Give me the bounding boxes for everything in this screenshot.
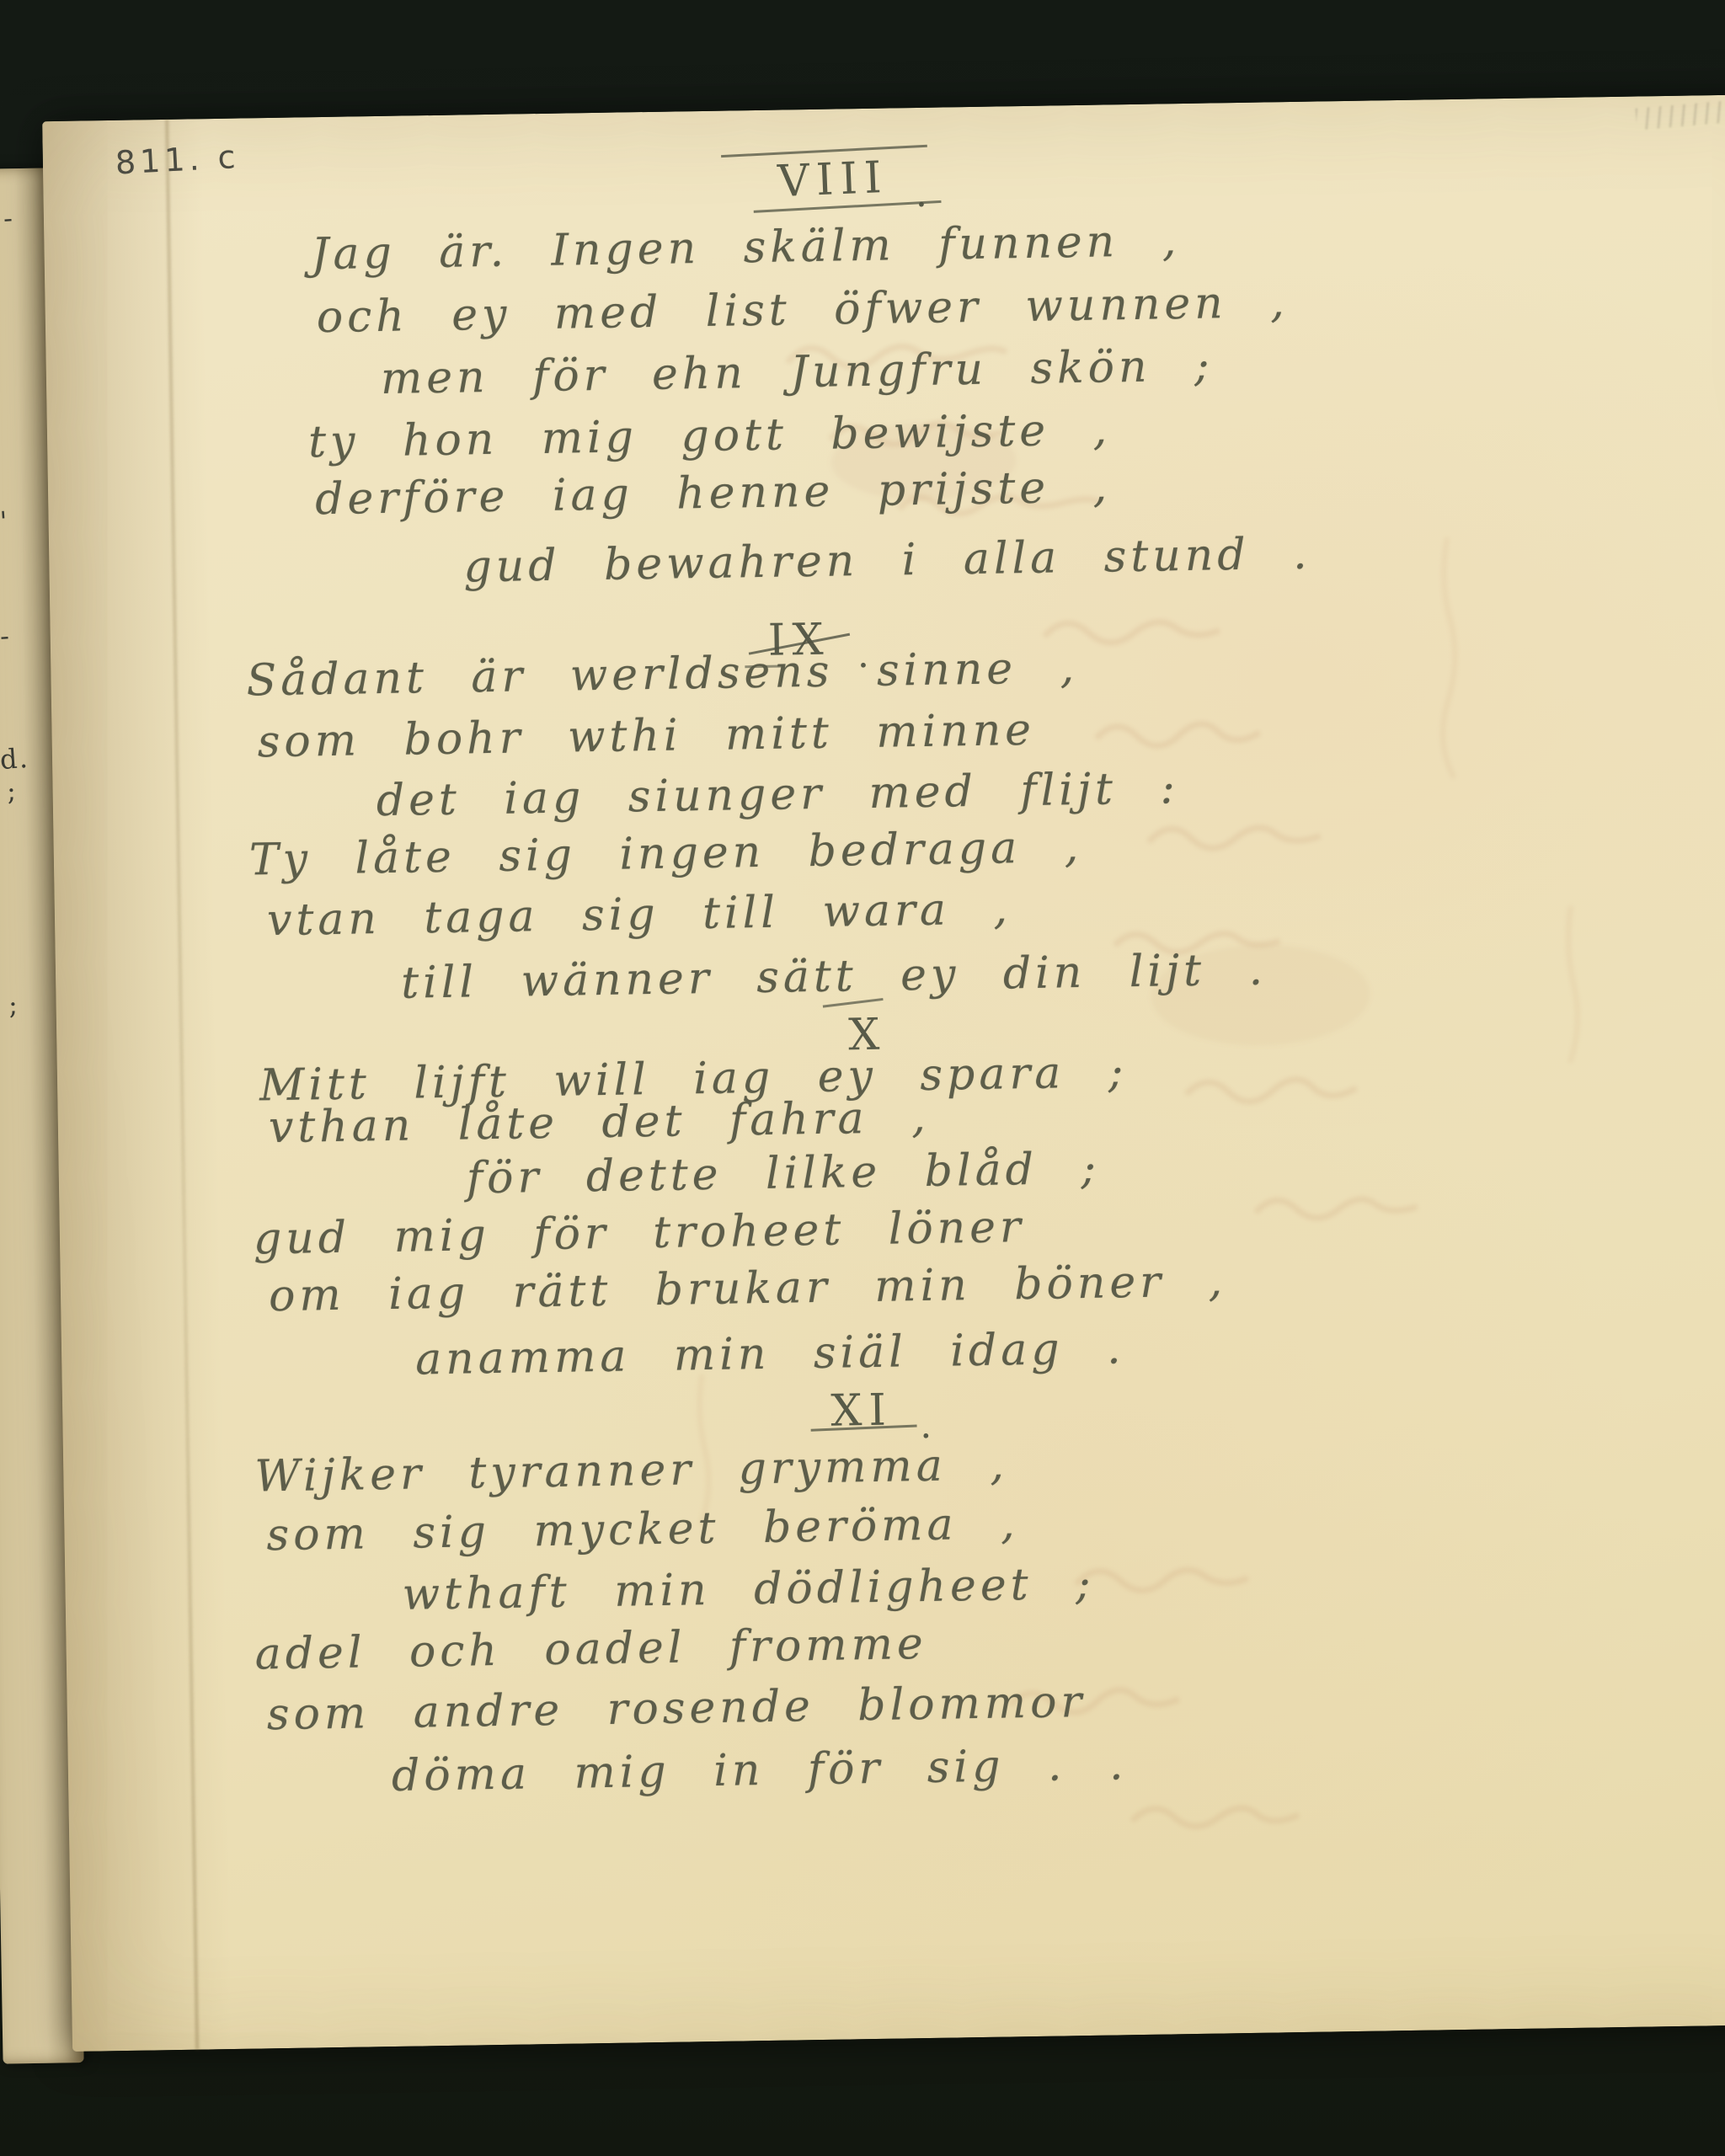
poem-line: för dette lilke blåd ; bbox=[466, 1144, 1100, 1204]
poem-line: ty hon mig gott bewijste , bbox=[308, 404, 1112, 467]
poem-line: Jag är. Ingen skälm funnen , bbox=[311, 216, 1181, 280]
poem-line: det iag siunger med flijt : bbox=[376, 763, 1179, 826]
poem-line: derföre iag henne prijste , bbox=[315, 462, 1112, 525]
poem-line: vthan låte det fahra , bbox=[268, 1092, 930, 1153]
section-heading-viii: VIII. bbox=[766, 150, 934, 210]
poem-line: Wijker tyranner grymma , bbox=[254, 1439, 1008, 1502]
roman-numeral: VIII bbox=[765, 148, 901, 211]
poem-line: gud mig för troheet löner bbox=[254, 1202, 1026, 1264]
roman-numeral: XI bbox=[819, 1381, 905, 1440]
poem-line: om iag rätt brukar min böner , bbox=[269, 1256, 1227, 1321]
poem-line: Sådant är werldsens sinne , bbox=[246, 643, 1078, 707]
poem-line: vtan taga sig till wara , bbox=[267, 883, 1012, 946]
margin-mark: ; bbox=[6, 775, 19, 808]
scanned-manuscript-photo: - ' - d. ; ; bbox=[0, 0, 1725, 2156]
pencil-smudge bbox=[1635, 100, 1725, 131]
margin-mark: d. bbox=[0, 742, 30, 776]
poem-line: adel och oadel fromme bbox=[254, 1619, 927, 1680]
poem-line: anamma min siäl idag . bbox=[415, 1323, 1125, 1385]
poem-line: till wänner sätt ey din lijt . bbox=[401, 945, 1268, 1009]
section-heading-xi: XI. bbox=[819, 1381, 939, 1440]
fold-crease bbox=[165, 120, 199, 2050]
margin-mark: ; bbox=[8, 989, 20, 1022]
poem-line: och ey med list öfwer wunnen , bbox=[316, 277, 1289, 343]
margin-mark: - bbox=[3, 202, 15, 235]
archival-number: 811. c bbox=[115, 138, 241, 181]
poem-line: gud bewahren i alla stund . bbox=[463, 529, 1311, 593]
poem-line: döma mig in för sig . . bbox=[392, 1739, 1128, 1801]
poem-line: som bohr wthi mitt minne bbox=[257, 705, 1035, 767]
poem-line: som andre rosende blommor bbox=[266, 1677, 1086, 1740]
poem-line: men för ehn Jungfru skön ; bbox=[381, 340, 1214, 404]
poem-line: wthaft min dödligheet ; bbox=[402, 1559, 1095, 1620]
heading-period: . bbox=[915, 173, 934, 216]
manuscript-page: 811. c VIII. Jag är. Ingen skälm funnen … bbox=[42, 94, 1725, 2052]
poem-line: som sig mycket beröma , bbox=[266, 1498, 1019, 1561]
poem-line: Ty låte sig ingen bedraga , bbox=[248, 822, 1082, 886]
